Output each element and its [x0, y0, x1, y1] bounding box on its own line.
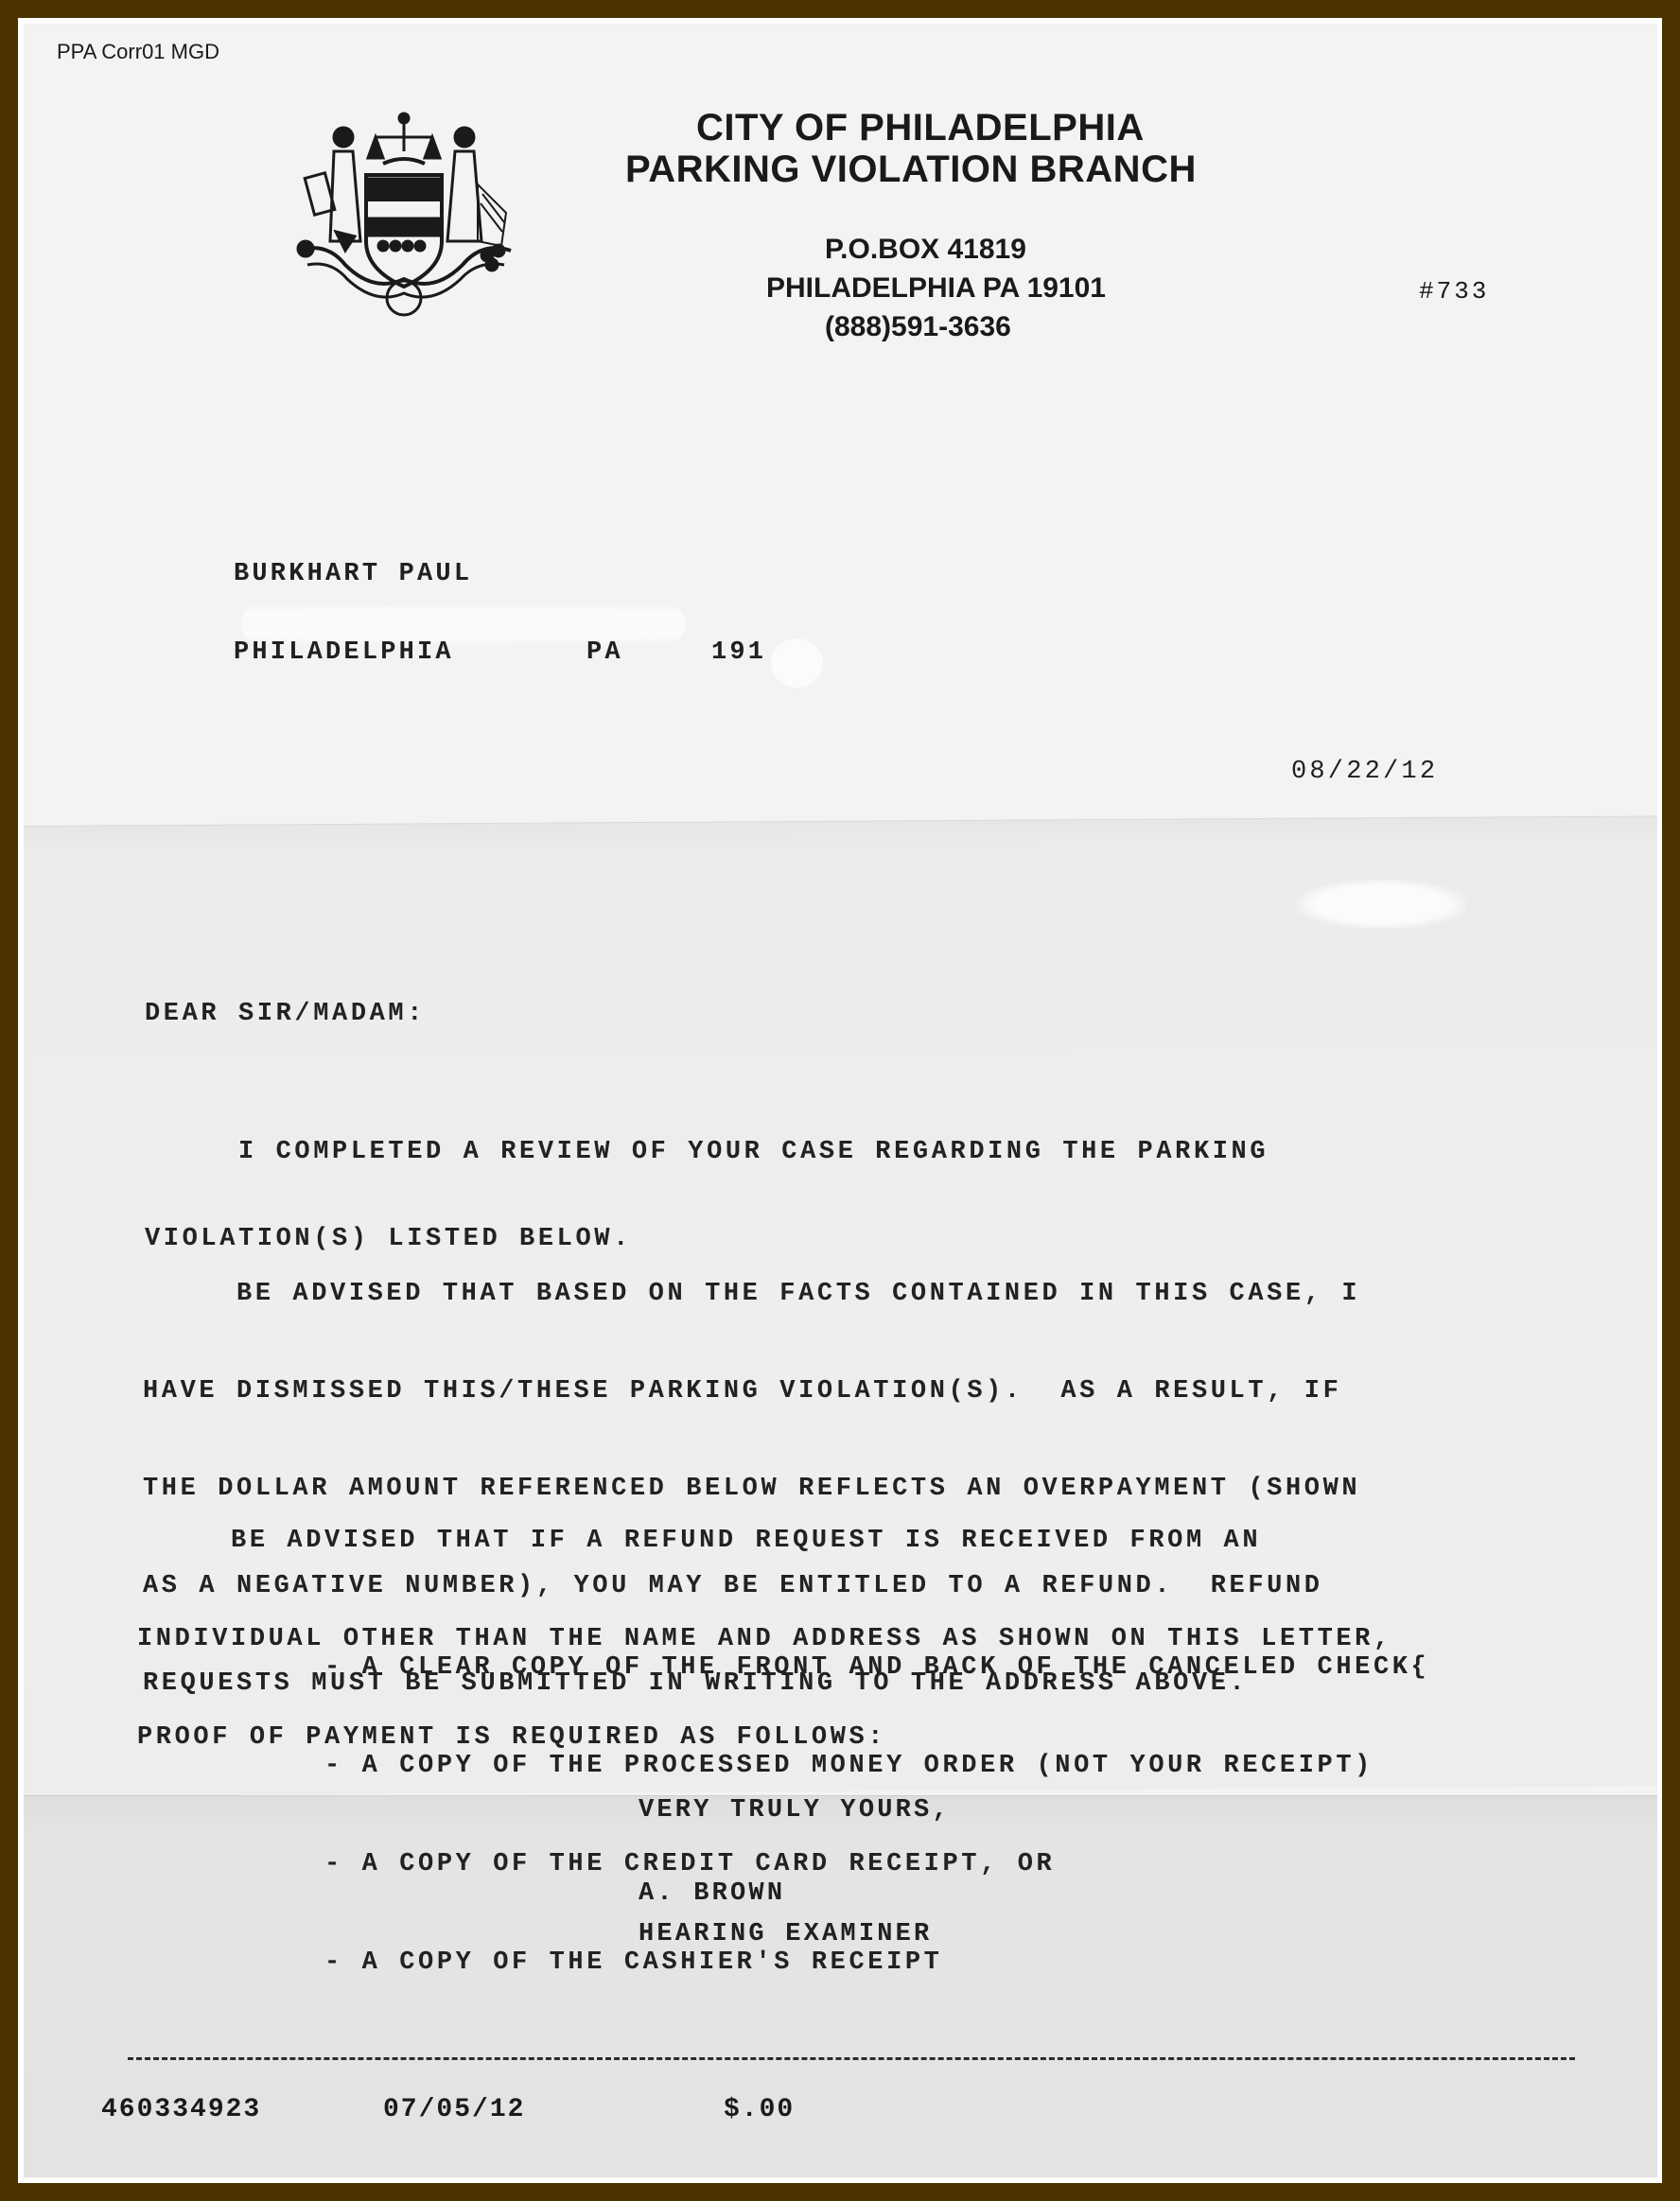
recipient-name: BURKHART PAUL: [234, 560, 472, 588]
header-title-city: CITY OF PHILADELPHIA: [696, 107, 1145, 149]
list-item: - A CLEAR COPY OF THE FRONT AND BACK OF …: [324, 1647, 1429, 1688]
paragraph-line: HAVE DISMISSED THIS/THESE PARKING VIOLAT…: [143, 1371, 1360, 1412]
dashed-divider: [128, 2057, 1575, 2060]
violation-date: 07/05/12: [383, 2095, 525, 2124]
header-title-branch: PARKING VIOLATION BRANCH: [625, 148, 1197, 191]
redacted-reference: [1296, 880, 1466, 929]
recipient-zip: 191: [711, 638, 766, 667]
header-phone: (888)591-3636: [825, 311, 1011, 343]
violation-ticket-number: 460334923: [101, 2095, 261, 2124]
city-seal-icon: [289, 109, 520, 322]
violation-amount: $.00: [724, 2095, 795, 2124]
header-city-state-zip: PHILADELPHIA PA 19101: [766, 272, 1106, 305]
paragraph-line: BE ADVISED THAT BASED ON THE FACTS CONTA…: [143, 1274, 1360, 1315]
recipient-state: PA: [586, 638, 623, 667]
letter-date: 08/22/12: [1291, 758, 1438, 786]
recipient-city: PHILADELPHIA: [234, 638, 454, 667]
list-item: - A COPY OF THE PROCESSED MONEY ORDER (N…: [324, 1745, 1429, 1787]
salutation: DEAR SIR/MADAM:: [145, 1000, 426, 1028]
redacted-zip-suffix: [771, 638, 823, 688]
header-po-box: P.O.BOX 41819: [825, 234, 1026, 266]
list-item: - A COPY OF THE CREDIT CARD RECEIPT, OR: [324, 1843, 1429, 1885]
closing: VERY TRULY YOURS,: [639, 1796, 951, 1825]
reference-number: #733: [1419, 277, 1489, 306]
form-code: PPA Corr01 MGD: [57, 40, 219, 64]
letter-page: PPA Corr01 MGD: [24, 24, 1657, 2177]
paragraph-line: BE ADVISED THAT IF A REFUND REQUEST IS R…: [137, 1520, 1392, 1562]
signer-title: HEARING EXAMINER: [639, 1920, 932, 1948]
signer-name: A. BROWN: [639, 1879, 785, 1908]
paragraph-line: I COMPLETED A REVIEW OF YOUR CASE REGARD…: [145, 1138, 1269, 1166]
